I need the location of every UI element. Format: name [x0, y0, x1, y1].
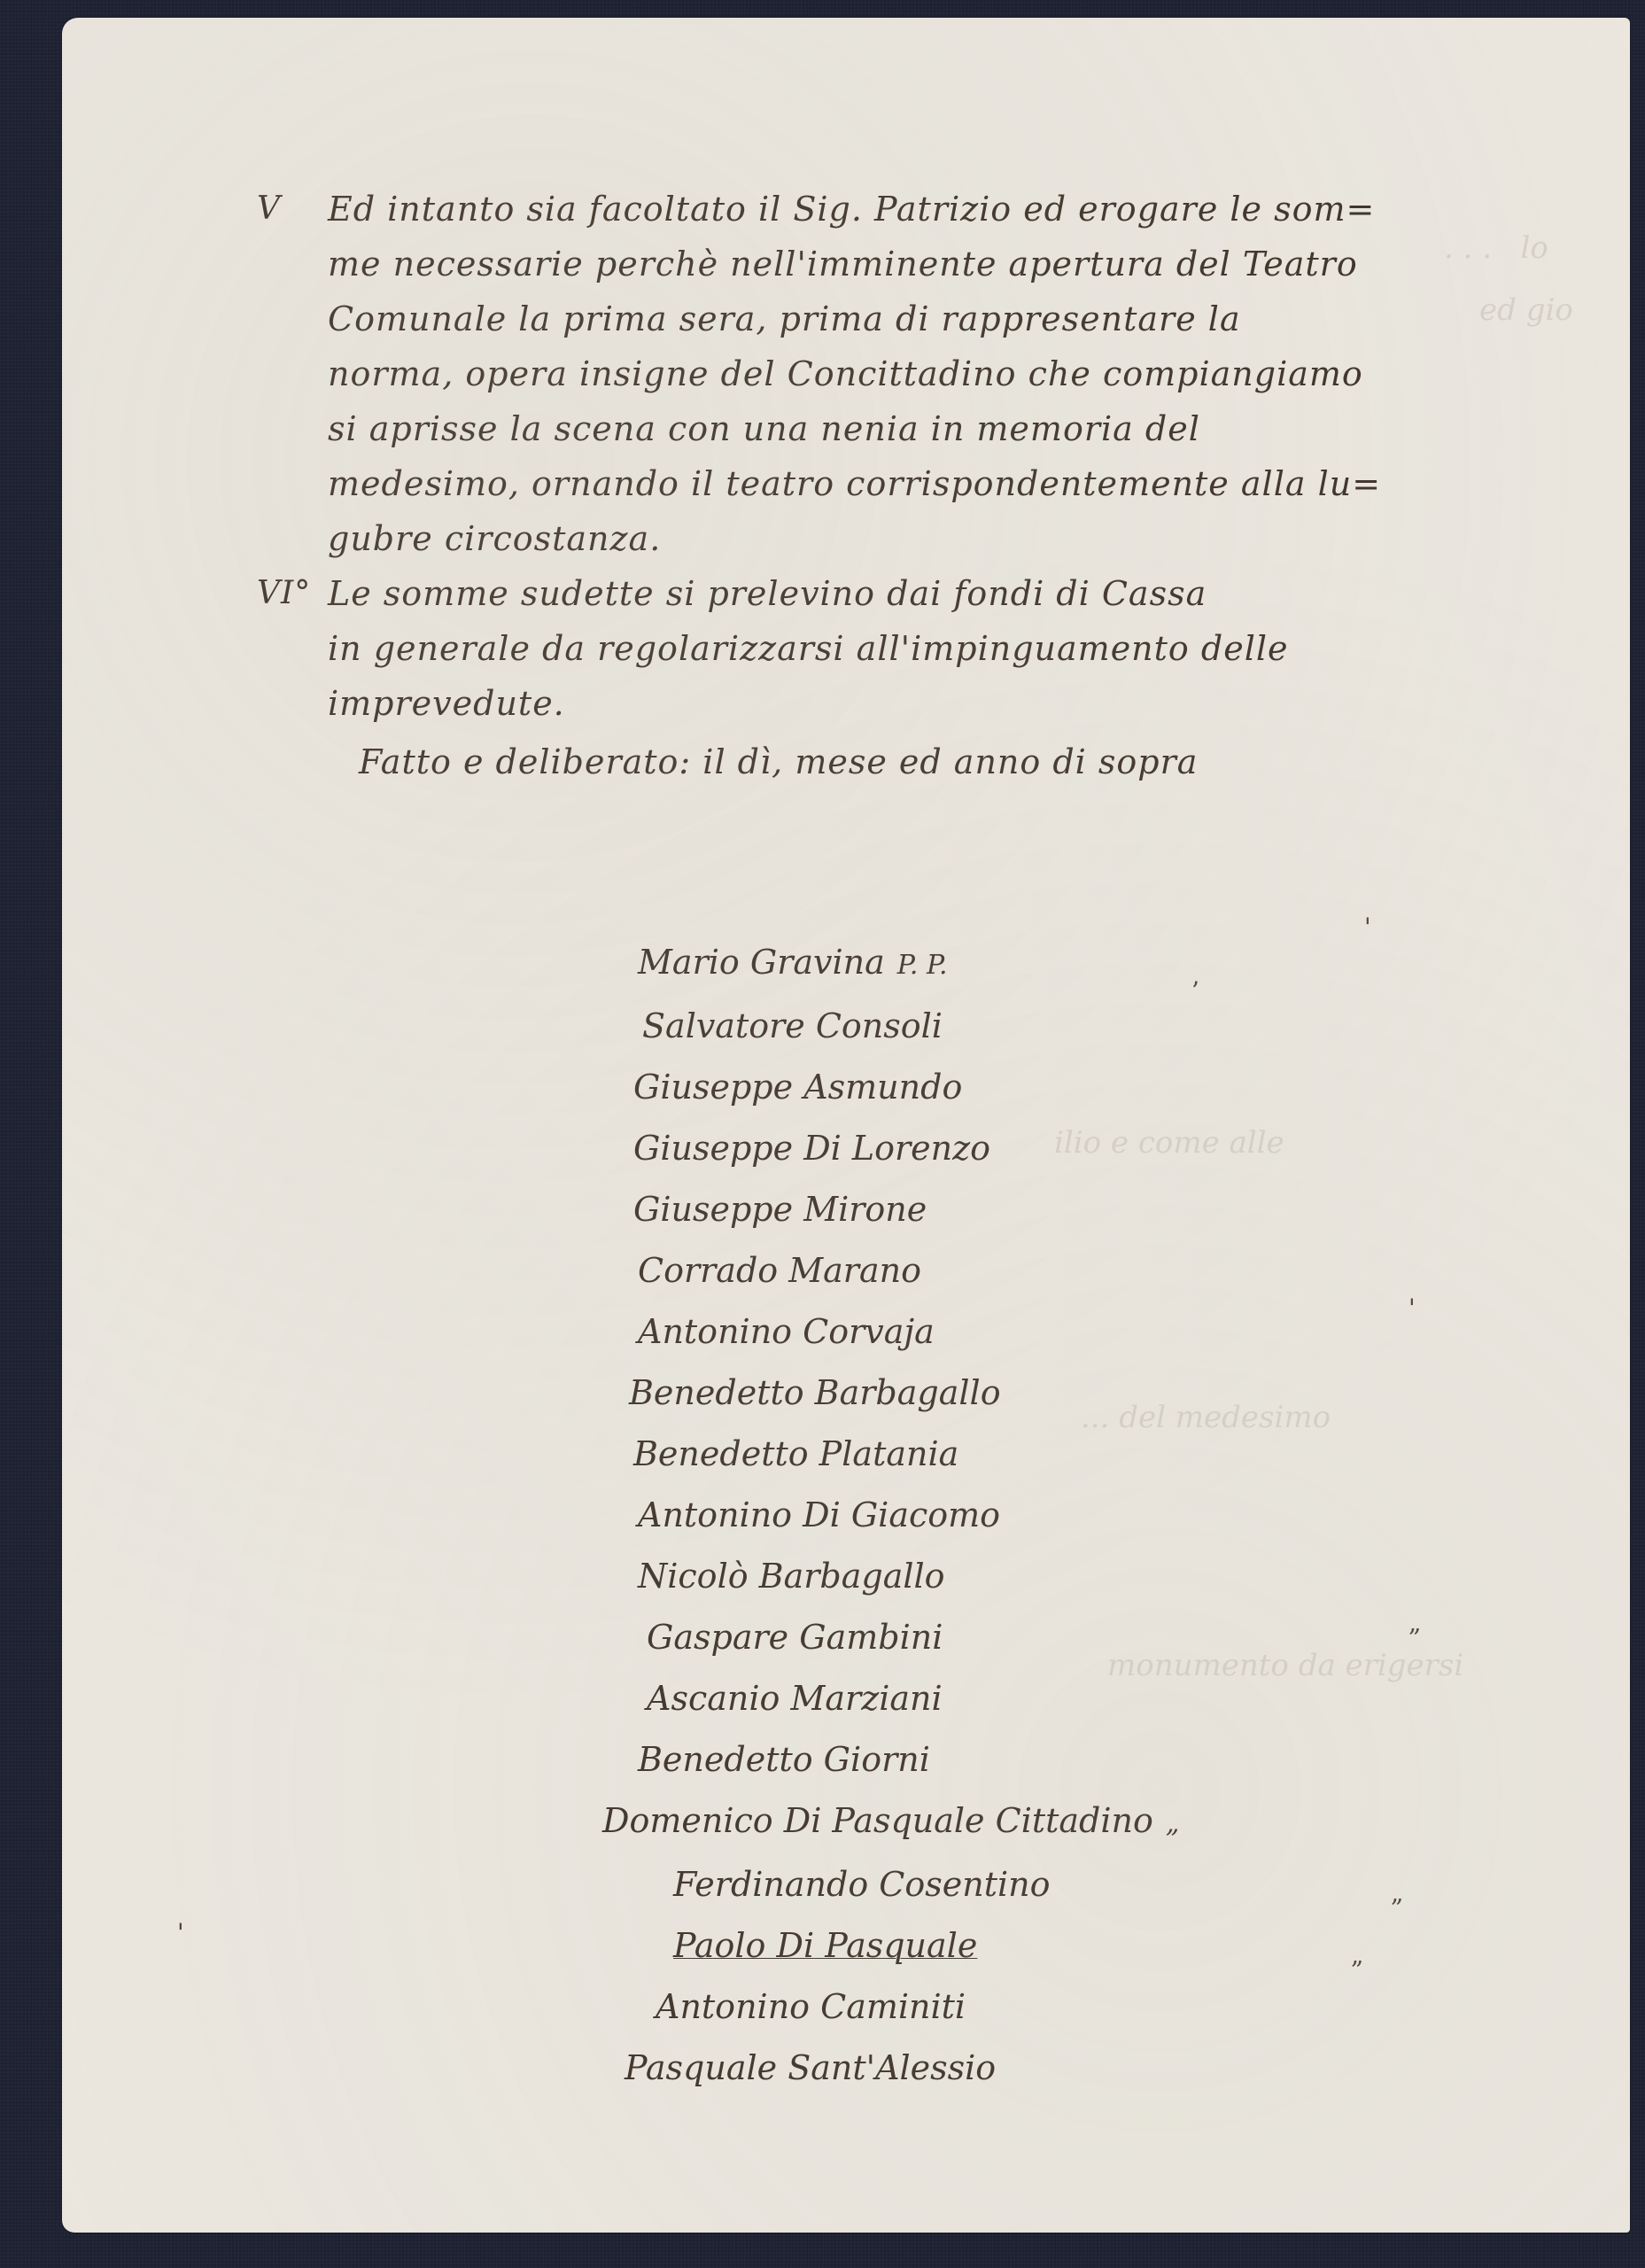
text-line: Ed intanto sia facoltato il Sig. Patrizi… — [257, 182, 1568, 237]
signature: Antonino Caminiti — [611, 1977, 1541, 2038]
text-line: Comunale la prima sera, prima di rappres… — [257, 291, 1568, 346]
ink-mark: ' — [1364, 913, 1371, 942]
signature-name: Mario Gravina — [638, 943, 885, 982]
signature: Domenico Di Pasquale Cittadino„ — [602, 1790, 1541, 1854]
signature-note: „ — [1166, 1808, 1180, 1839]
signature: Giuseppe Di Lorenzo — [611, 1118, 1541, 1179]
signature: Paolo Di Pasquale — [611, 1915, 1541, 1977]
signature-name: Domenico Di Pasquale Cittadino — [602, 1801, 1153, 1840]
paragraph-number: VI° — [257, 566, 319, 621]
paragraph-number: V — [257, 182, 319, 237]
text-line: Le somme sudette si prelevino dai fondi … — [257, 566, 1568, 621]
signature: Ascanio Marziani — [611, 1668, 1541, 1729]
ink-mark: ’ — [1191, 976, 1199, 1006]
signature: Corrado Marano — [611, 1240, 1541, 1301]
signature: Benedetto Platania — [611, 1424, 1541, 1485]
signature: Benedetto Giorni — [611, 1729, 1541, 1790]
paragraph-vi: VI° Le somme sudette si prelevino dai fo… — [257, 566, 1568, 731]
signature: Gaspare Gambini — [611, 1607, 1541, 1668]
text-line: si aprisse la scena con una nenia in mem… — [257, 401, 1568, 456]
text-line: imprevedute. — [257, 676, 1568, 731]
text-line: medesimo, ornando il teatro corrisponden… — [257, 456, 1568, 511]
signature: Salvatore Consoli — [611, 996, 1541, 1057]
signature: Antonino Di Giacomo — [611, 1485, 1541, 1546]
ink-mark: ' — [1408, 1293, 1416, 1323]
signature: Benedetto Barbagallo — [611, 1363, 1541, 1424]
ink-mark: „ — [1391, 1878, 1404, 1907]
ink-mark: „ — [1351, 1940, 1364, 1969]
signature: Antonino Corvaja — [611, 1301, 1541, 1363]
text-line: norma, opera insigne del Concittadino ch… — [257, 346, 1568, 401]
signature: Pasquale Sant'Alessio — [611, 2038, 1541, 2099]
text-line: me necessarie perchè nell'imminente aper… — [257, 237, 1568, 291]
signature: Nicolò Barbagallo — [611, 1546, 1541, 1607]
closing-formula: Fatto e deliberato: il dì, mese ed anno … — [257, 734, 1568, 789]
paragraph-v: V Ed intanto sia facoltato il Sig. Patri… — [257, 182, 1568, 566]
manuscript-page: . . . lo ed gio ilio e come alle ... del… — [62, 18, 1630, 2233]
signature: Giuseppe Asmundo — [611, 1057, 1541, 1118]
signature: Giuseppe Mirone — [611, 1179, 1541, 1240]
ink-mark: ' — [177, 1918, 184, 1947]
ink-mark: „ — [1408, 1608, 1422, 1637]
signature: Mario GravinaP. P. — [611, 932, 1541, 996]
resolution-text: V Ed intanto sia facoltato il Sig. Patri… — [257, 182, 1568, 789]
signature-list: Mario GravinaP. P. Salvatore Consoli Giu… — [611, 932, 1541, 2099]
text-line: gubre circostanza. — [257, 511, 1568, 566]
signature-note: P. P. — [897, 950, 948, 981]
text-line: in generale da regolarizzarsi all'imping… — [257, 621, 1568, 676]
